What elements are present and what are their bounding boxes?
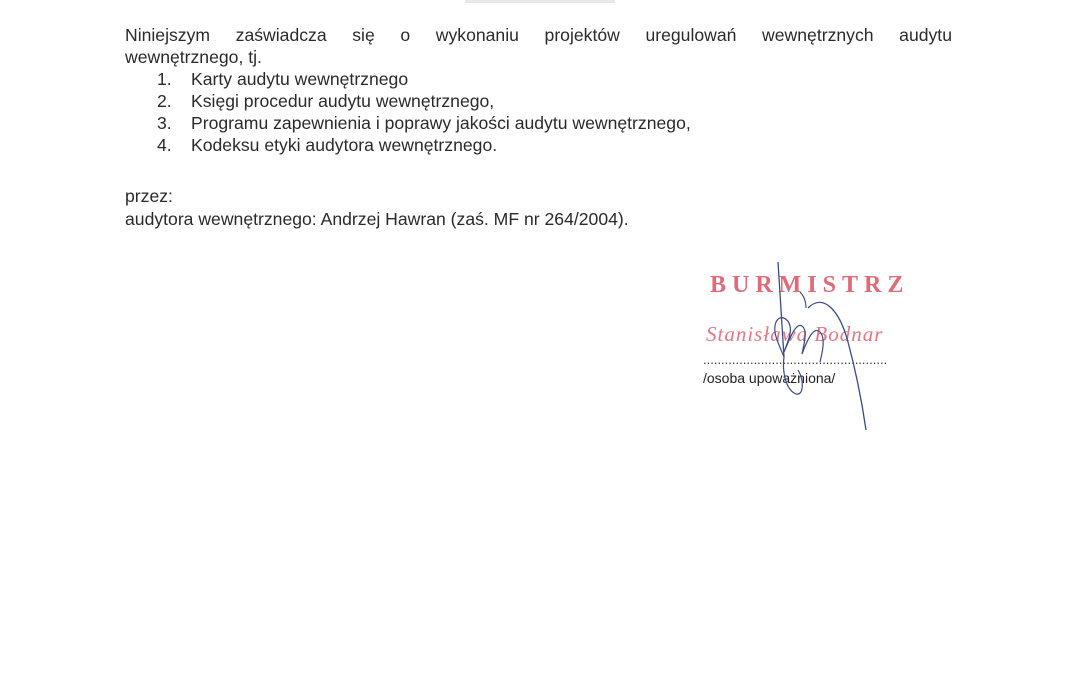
by-label: przez: [125,185,629,208]
list-text: Kodeksu etyki audytora wewnętrznego. [191,135,497,155]
list-item: 3.Programu zapewnienia i poprawy jakości… [191,112,952,134]
intro-paragraph: Niniejszym zaświadcza się o wykonaniu pr… [125,24,952,68]
signature-dotted-line: ........................................… [703,352,887,367]
list-number: 2. [157,90,181,112]
list-item: 1.Karty audytu wewnętrznego [191,68,952,90]
signature-caption: /osoba upoważniona/ [703,370,835,386]
intro-line-1: Niniejszym zaświadcza się o wykonaniu pr… [125,24,952,46]
list-text: Księgi procedur audytu wewnętrznego, [191,91,494,111]
certificate-body: Niniejszym zaświadcza się o wykonaniu pr… [125,24,952,156]
regulations-list: 1.Karty audytu wewnętrznego 2.Księgi pro… [125,68,952,156]
stamp-name: Stanisława Bodnar [706,322,883,347]
intro-line-2: wewnętrznego, tj. [125,47,262,67]
stamp-title: BURMISTRZ [710,272,909,299]
author-block: przez: audytora wewnętrznego: Andrzej Ha… [125,185,629,231]
list-number: 3. [157,112,181,134]
list-number: 4. [157,134,181,156]
auditor-line: audytora wewnętrznego: Andrzej Hawran (z… [125,208,629,231]
list-item: 2.Księgi procedur audytu wewnętrznego, [191,90,952,112]
official-stamp: BURMISTRZ Stanisława Bodnar ............… [700,262,940,442]
list-number: 1. [157,68,181,90]
list-text: Programu zapewnienia i poprawy jakości a… [191,113,691,133]
faint-top-mark [465,0,615,3]
list-item: 4.Kodeksu etyki audytora wewnętrznego. [191,134,952,156]
list-text: Karty audytu wewnętrznego [191,69,408,89]
